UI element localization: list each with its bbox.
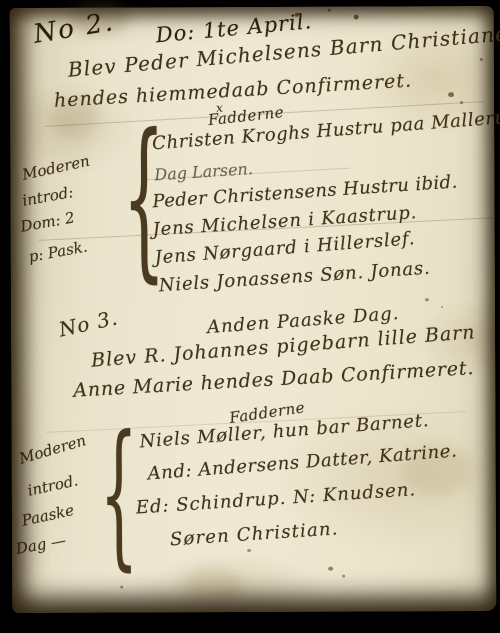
ink-stain xyxy=(354,15,359,20)
entry2-godparent-line: Christen Kroghs Hustru paa Mallerum xyxy=(151,106,500,155)
ink-stain xyxy=(328,567,333,571)
manuscript-page: No 2. Do: 1te April. Blev Peder Michelse… xyxy=(10,6,497,613)
entry3-margin-note-line: Dag — xyxy=(14,531,67,558)
entry3-margin-note-line: Moderen xyxy=(17,431,88,467)
brace-decoration: { xyxy=(99,416,138,574)
entry3-margin-note-line: Paaske xyxy=(20,501,76,530)
ink-stain xyxy=(342,575,345,578)
ink-stain xyxy=(247,549,251,552)
entry2-margin-note-line: Moderen xyxy=(21,152,92,184)
entry2-margin-note-line: Dom: 2 xyxy=(19,208,76,235)
entry2-godparent-line: Dag Larsen. xyxy=(154,159,254,184)
stain-blotch xyxy=(182,567,242,603)
ink-stain xyxy=(448,92,454,97)
ink-stain xyxy=(480,58,483,61)
entry2-number: No 2. xyxy=(31,7,116,50)
entry3-godparent-line: Ed: Schindrup. N: Knudsen. xyxy=(135,479,417,518)
entry3-margin-note-line: introd. xyxy=(26,471,80,499)
entry2-margin-note-line: p: Pask. xyxy=(27,238,89,266)
ink-stain xyxy=(328,9,331,12)
entry3-godparent-line: Søren Christian. xyxy=(169,518,339,550)
ink-stain xyxy=(120,586,123,589)
ink-stain xyxy=(441,306,443,308)
ink-stain xyxy=(425,298,429,301)
entry2-margin-note-line: introd: xyxy=(21,183,75,210)
entry3-number: No 3. xyxy=(57,305,121,341)
